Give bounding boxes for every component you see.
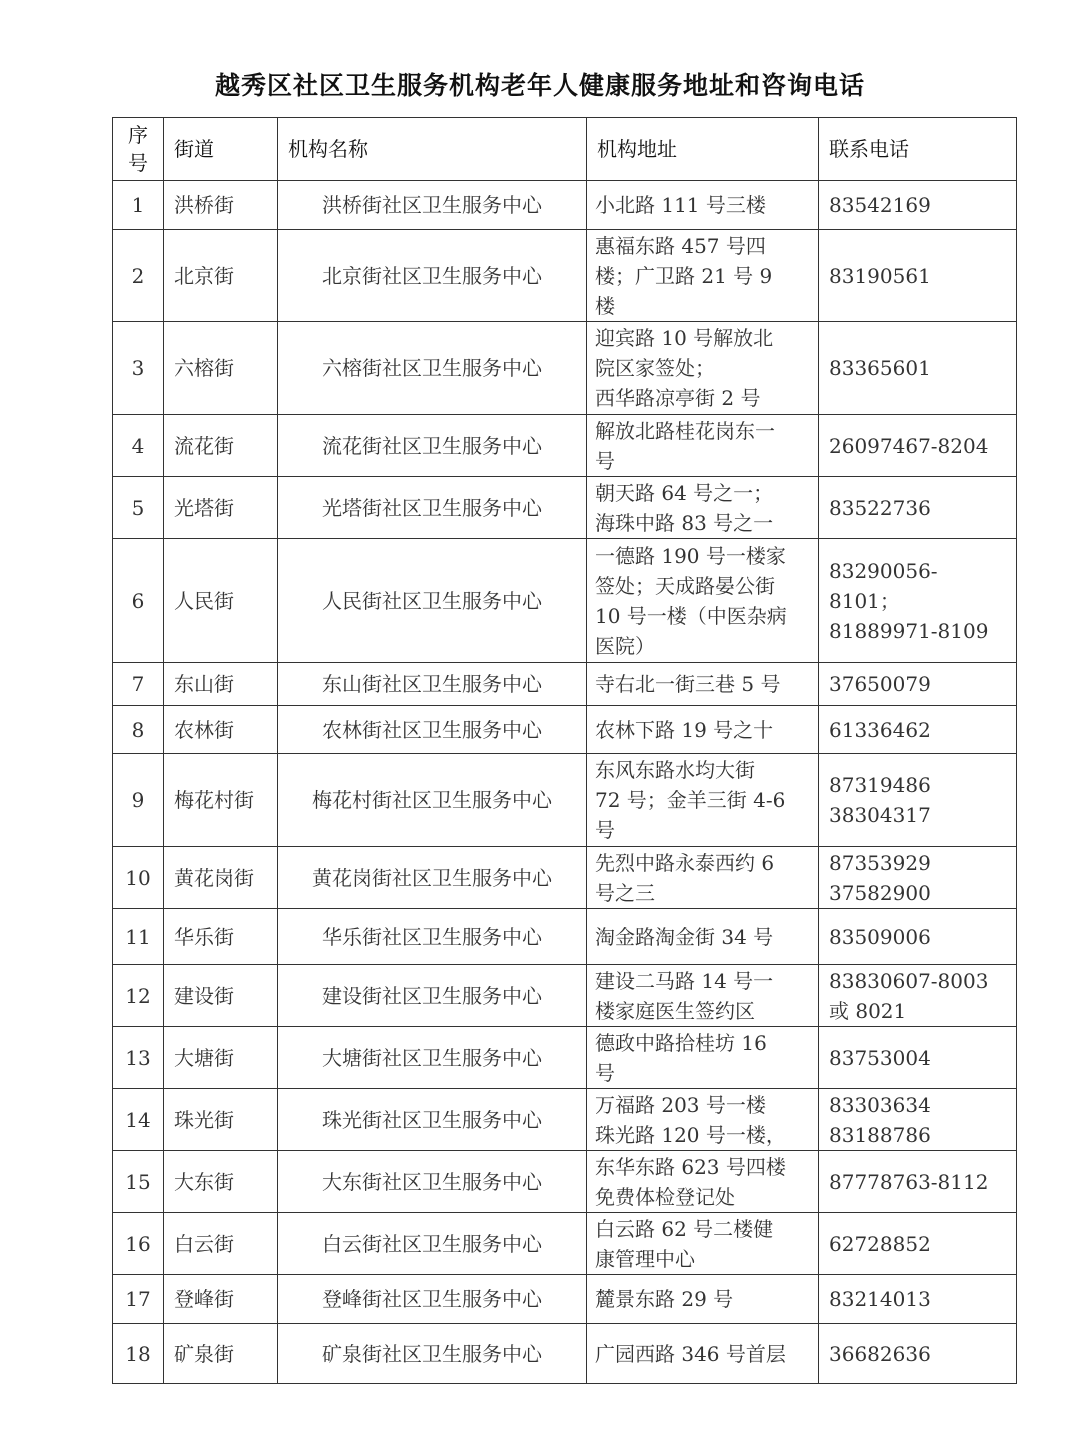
table-row: 9梅花村街梅花村街社区卫生服务中心东风东路水均大街 72 号；金羊三街 4-6 … [113, 754, 1017, 847]
table-body: 1洪桥街洪桥街社区卫生服务中心小北路 111 号三楼835421692北京街北京… [113, 181, 1017, 1384]
phone-cell: 83190561 [819, 230, 1017, 322]
address-cell: 惠福东路 457 号四 楼；广卫路 21 号 9 楼 [587, 230, 819, 322]
row-number: 16 [113, 1213, 164, 1275]
row-number: 7 [113, 663, 164, 706]
phone-cell: 26097467-8204 [819, 415, 1017, 477]
row-number: 3 [113, 322, 164, 415]
row-number: 4 [113, 415, 164, 477]
phone-cell: 83830607-8003 或 8021 [819, 965, 1017, 1027]
street-cell: 光塔街 [164, 477, 278, 539]
street-cell: 白云街 [164, 1213, 278, 1275]
institution-name-cell: 光塔街社区卫生服务中心 [278, 477, 587, 539]
institution-name-cell: 大东街社区卫生服务中心 [278, 1151, 587, 1213]
street-cell: 矿泉街 [164, 1324, 278, 1384]
table-row: 6人民街人民街社区卫生服务中心一德路 190 号一楼家 签处；天成路晏公街 10… [113, 539, 1017, 663]
institution-name-cell: 农林街社区卫生服务中心 [278, 706, 587, 754]
institution-name-cell: 人民街社区卫生服务中心 [278, 539, 587, 663]
institution-name-cell: 梅花村街社区卫生服务中心 [278, 754, 587, 847]
institution-name-cell: 北京街社区卫生服务中心 [278, 230, 587, 322]
institution-name-cell: 六榕街社区卫生服务中心 [278, 322, 587, 415]
phone-cell: 83542169 [819, 181, 1017, 230]
phone-cell: 83365601 [819, 322, 1017, 415]
address-cell: 建设二马路 14 号一 楼家庭医生签约区 [587, 965, 819, 1027]
table-row: 1洪桥街洪桥街社区卫生服务中心小北路 111 号三楼83542169 [113, 181, 1017, 230]
phone-cell: 83522736 [819, 477, 1017, 539]
table-row: 10黄花岗街黄花岗街社区卫生服务中心先烈中路永泰西约 6 号之三87353929… [113, 847, 1017, 909]
institution-name-cell: 白云街社区卫生服务中心 [278, 1213, 587, 1275]
phone-cell: 61336462 [819, 706, 1017, 754]
row-number: 10 [113, 847, 164, 909]
header-address: 机构地址 [587, 118, 819, 181]
phone-cell: 62728852 [819, 1213, 1017, 1275]
row-number: 1 [113, 181, 164, 230]
institution-name-cell: 洪桥街社区卫生服务中心 [278, 181, 587, 230]
row-number: 6 [113, 539, 164, 663]
address-cell: 白云路 62 号二楼健 康管理中心 [587, 1213, 819, 1275]
street-cell: 大东街 [164, 1151, 278, 1213]
street-cell: 流花街 [164, 415, 278, 477]
row-number: 5 [113, 477, 164, 539]
table-row: 12建设街建设街社区卫生服务中心建设二马路 14 号一 楼家庭医生签约区8383… [113, 965, 1017, 1027]
table-header-row: 序 号 街道 机构名称 机构地址 联系电话 [113, 118, 1017, 181]
table-row: 14珠光街珠光街社区卫生服务中心万福路 203 号一楼 珠光路 120 号一楼，… [113, 1089, 1017, 1151]
phone-cell: 83753004 [819, 1027, 1017, 1089]
address-cell: 万福路 203 号一楼 珠光路 120 号一楼， [587, 1089, 819, 1151]
address-cell: 解放北路桂花岗东一 号 [587, 415, 819, 477]
table-row: 16白云街白云街社区卫生服务中心白云路 62 号二楼健 康管理中心6272885… [113, 1213, 1017, 1275]
row-number: 2 [113, 230, 164, 322]
phone-cell: 87778763-8112 [819, 1151, 1017, 1213]
table-row: 18矿泉街矿泉街社区卫生服务中心广园西路 346 号首层36682636 [113, 1324, 1017, 1384]
address-cell: 东华东路 623 号四楼 免费体检登记处 [587, 1151, 819, 1213]
street-cell: 农林街 [164, 706, 278, 754]
table-row: 17登峰街登峰街社区卫生服务中心麓景东路 29 号83214013 [113, 1275, 1017, 1324]
address-cell: 农林下路 19 号之十 [587, 706, 819, 754]
table-row: 8农林街农林街社区卫生服务中心农林下路 19 号之十61336462 [113, 706, 1017, 754]
table-row: 5光塔街光塔街社区卫生服务中心朝天路 64 号之一； 海珠中路 83 号之一83… [113, 477, 1017, 539]
institution-name-cell: 珠光街社区卫生服务中心 [278, 1089, 587, 1151]
street-cell: 东山街 [164, 663, 278, 706]
address-cell: 迎宾路 10 号解放北 院区家签处； 西华路凉亭街 2 号 [587, 322, 819, 415]
header-no: 序 号 [113, 118, 164, 181]
institution-name-cell: 矿泉街社区卫生服务中心 [278, 1324, 587, 1384]
institution-name-cell: 登峰街社区卫生服务中心 [278, 1275, 587, 1324]
row-number: 18 [113, 1324, 164, 1384]
page-title: 越秀区社区卫生服务机构老年人健康服务地址和咨询电话 [0, 66, 1080, 102]
table-row: 3六榕街六榕街社区卫生服务中心迎宾路 10 号解放北 院区家签处； 西华路凉亭街… [113, 322, 1017, 415]
address-cell: 淘金路淘金街 34 号 [587, 909, 819, 965]
address-cell: 先烈中路永泰西约 6 号之三 [587, 847, 819, 909]
street-cell: 六榕街 [164, 322, 278, 415]
institution-name-cell: 建设街社区卫生服务中心 [278, 965, 587, 1027]
institution-name-cell: 大塘街社区卫生服务中心 [278, 1027, 587, 1089]
address-cell: 麓景东路 29 号 [587, 1275, 819, 1324]
street-cell: 黄花岗街 [164, 847, 278, 909]
address-cell: 小北路 111 号三楼 [587, 181, 819, 230]
header-street: 街道 [164, 118, 278, 181]
institution-name-cell: 流花街社区卫生服务中心 [278, 415, 587, 477]
address-cell: 广园西路 346 号首层 [587, 1324, 819, 1384]
address-cell: 东风东路水均大街 72 号；金羊三街 4-6 号 [587, 754, 819, 847]
phone-cell: 83290056-8101； 81889971-8109 [819, 539, 1017, 663]
street-cell: 建设街 [164, 965, 278, 1027]
health-service-table: 序 号 街道 机构名称 机构地址 联系电话 1洪桥街洪桥街社区卫生服务中心小北路… [112, 117, 1017, 1384]
phone-cell: 83303634 83188786 [819, 1089, 1017, 1151]
phone-cell: 87353929 37582900 [819, 847, 1017, 909]
row-number: 12 [113, 965, 164, 1027]
phone-cell: 83509006 [819, 909, 1017, 965]
address-cell: 德政中路拾桂坊 16 号 [587, 1027, 819, 1089]
phone-cell: 36682636 [819, 1324, 1017, 1384]
address-cell: 寺右北一街三巷 5 号 [587, 663, 819, 706]
table-row: 11华乐街华乐街社区卫生服务中心淘金路淘金街 34 号83509006 [113, 909, 1017, 965]
institution-name-cell: 东山街社区卫生服务中心 [278, 663, 587, 706]
row-number: 13 [113, 1027, 164, 1089]
row-number: 15 [113, 1151, 164, 1213]
table-row: 15大东街大东街社区卫生服务中心东华东路 623 号四楼 免费体检登记处8777… [113, 1151, 1017, 1213]
street-cell: 珠光街 [164, 1089, 278, 1151]
header-phone: 联系电话 [819, 118, 1017, 181]
row-number: 11 [113, 909, 164, 965]
phone-cell: 87319486 38304317 [819, 754, 1017, 847]
institution-name-cell: 黄花岗街社区卫生服务中心 [278, 847, 587, 909]
street-cell: 梅花村街 [164, 754, 278, 847]
address-cell: 朝天路 64 号之一； 海珠中路 83 号之一 [587, 477, 819, 539]
row-number: 8 [113, 706, 164, 754]
address-cell: 一德路 190 号一楼家 签处；天成路晏公街 10 号一楼（中医杂病 医院） [587, 539, 819, 663]
header-name: 机构名称 [278, 118, 587, 181]
street-cell: 北京街 [164, 230, 278, 322]
table-row: 4流花街流花街社区卫生服务中心解放北路桂花岗东一 号26097467-8204 [113, 415, 1017, 477]
row-number: 9 [113, 754, 164, 847]
street-cell: 人民街 [164, 539, 278, 663]
street-cell: 大塘街 [164, 1027, 278, 1089]
street-cell: 华乐街 [164, 909, 278, 965]
table-row: 13大塘街大塘街社区卫生服务中心德政中路拾桂坊 16 号83753004 [113, 1027, 1017, 1089]
row-number: 14 [113, 1089, 164, 1151]
street-cell: 洪桥街 [164, 181, 278, 230]
table-row: 2北京街北京街社区卫生服务中心惠福东路 457 号四 楼；广卫路 21 号 9 … [113, 230, 1017, 322]
phone-cell: 37650079 [819, 663, 1017, 706]
table-row: 7东山街东山街社区卫生服务中心寺右北一街三巷 5 号37650079 [113, 663, 1017, 706]
phone-cell: 83214013 [819, 1275, 1017, 1324]
street-cell: 登峰街 [164, 1275, 278, 1324]
institution-name-cell: 华乐街社区卫生服务中心 [278, 909, 587, 965]
row-number: 17 [113, 1275, 164, 1324]
